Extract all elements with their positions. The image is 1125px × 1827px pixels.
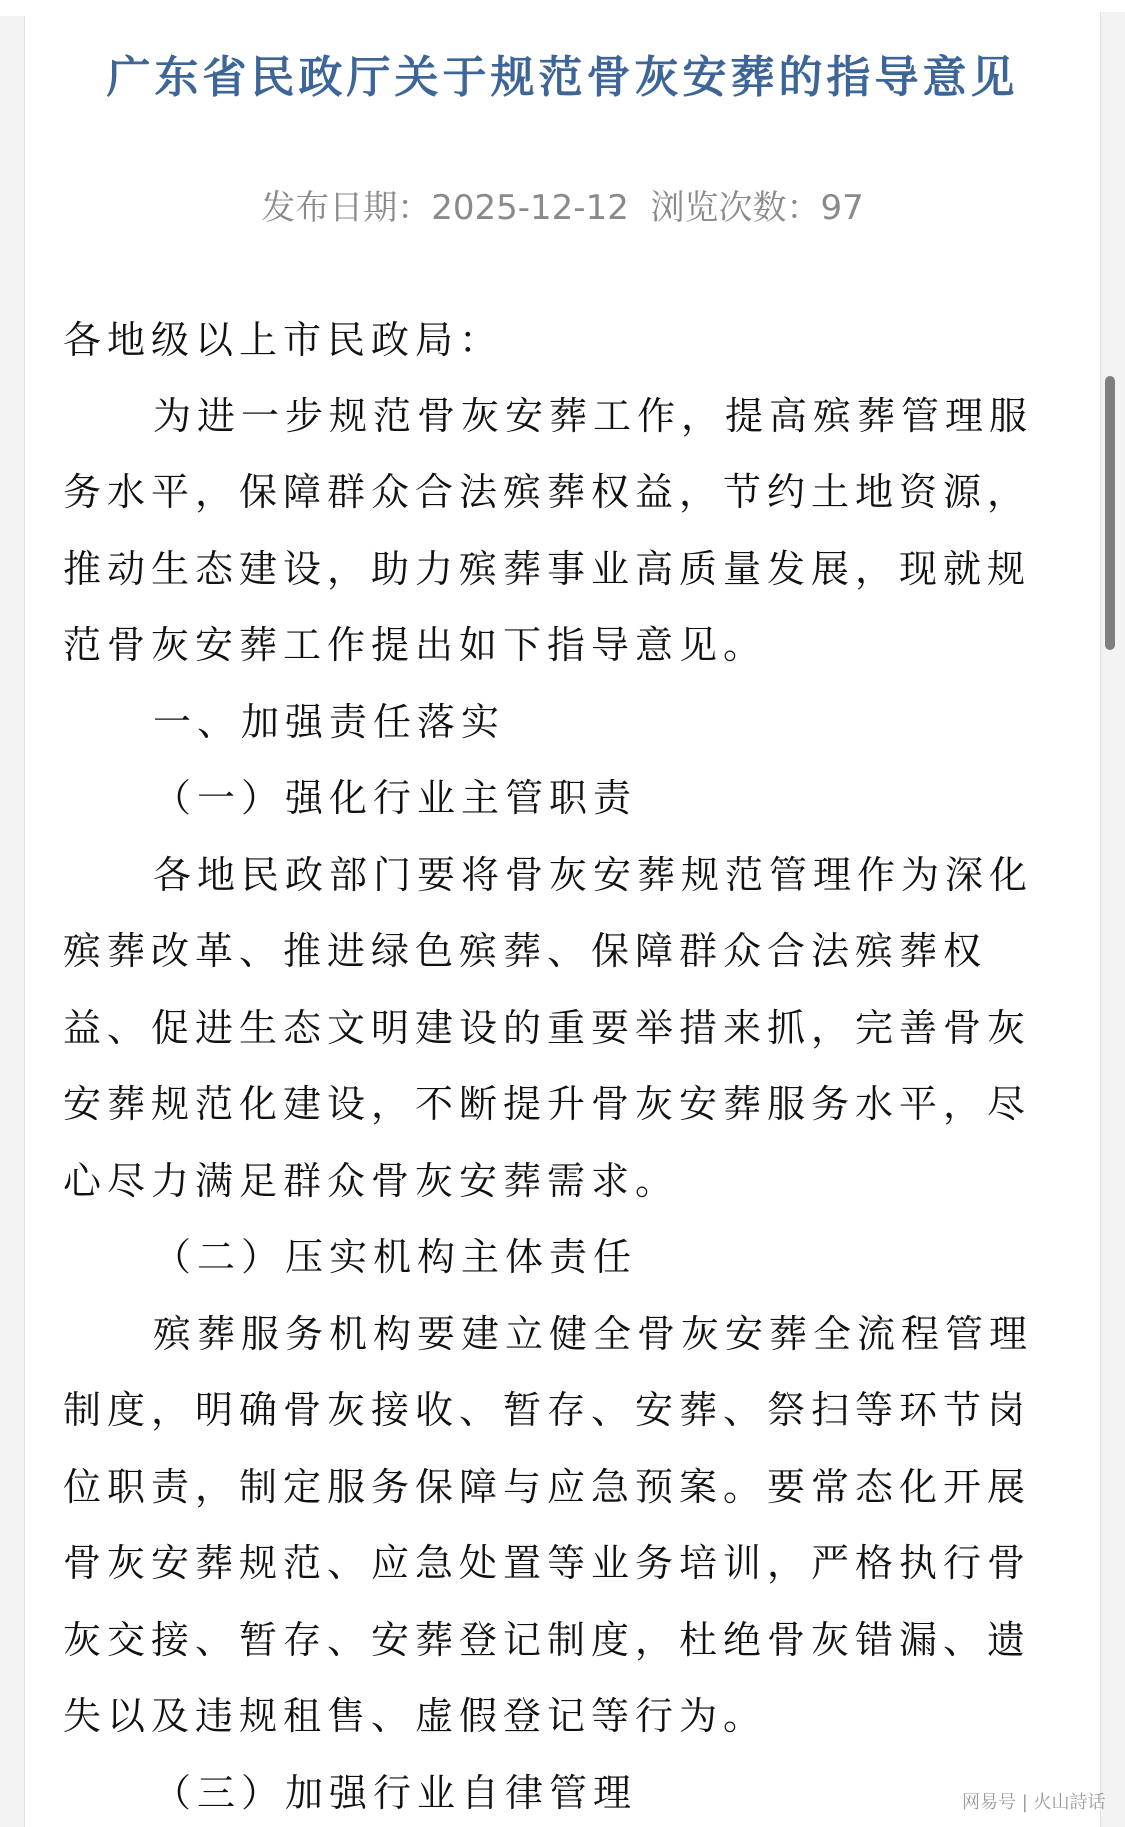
paragraph-line: 灰交接、暂存、安葬登记制度，杜绝骨灰错漏、遗: [63, 1610, 1031, 1670]
paragraph-line: 心尽力满足群众骨灰安葬需求。: [63, 1151, 679, 1211]
scrollbar-track[interactable]: [1100, 12, 1125, 1827]
paragraph-line: 骨灰安葬规范、应急处置等业务培训，严格执行骨: [63, 1533, 1031, 1593]
scrollbar-thumb[interactable]: [1105, 376, 1115, 650]
publish-date-label: 发布日期：: [261, 188, 431, 228]
paragraph-line: 殡葬服务机构要建立健全骨灰安葬全流程管理: [153, 1304, 1033, 1364]
publish-date-value: 2025-12-12: [431, 188, 629, 228]
section-heading: 一、加强责任落实: [153, 692, 505, 752]
page-title: 广东省民政厅关于规范骨灰安葬的指导意见: [25, 48, 1100, 108]
source-watermark: 网易号 | 火山詩话: [962, 1791, 1106, 1815]
view-count-value: 97: [820, 188, 863, 228]
paragraph-line: 殡葬改革、推进绿色殡葬、保障群众合法殡葬权: [63, 921, 987, 981]
paragraph-line: 制度，明确骨灰接收、暂存、安葬、祭扫等环节岗: [63, 1380, 1031, 1440]
article-page: 广东省民政厅关于规范骨灰安葬的指导意见 发布日期：2025-12-12 浏览次数…: [25, 0, 1100, 1827]
subsection-heading: （三）加强行业自律管理: [153, 1763, 637, 1823]
paragraph-line: 安葬规范化建设，不断提升骨灰安葬服务水平，尽: [63, 1074, 1031, 1134]
paragraph-line: 推动生态建设，助力殡葬事业高质量发展，现就规: [63, 539, 1031, 599]
addressee-line: 各地级以上市民政局：: [63, 310, 503, 370]
paragraph-line: 失以及违规租售、虚假登记等行为。: [63, 1686, 767, 1746]
paragraph-line: 益、促进生态文明建设的重要举措来抓，完善骨灰: [63, 998, 1031, 1058]
subsection-heading: （二）压实机构主体责任: [153, 1227, 637, 1287]
article-meta: 发布日期：2025-12-12 浏览次数：97: [25, 186, 1100, 230]
paragraph-line: 范骨灰安葬工作提出如下指导意见。: [63, 615, 767, 675]
paragraph-line: 为进一步规范骨灰安葬工作，提高殡葬管理服: [153, 386, 1033, 446]
paragraph-line: 位职责，制定服务保障与应急预案。要常态化开展: [63, 1457, 1031, 1517]
meta-spacer: [629, 188, 651, 228]
paragraph-line: 务水平，保障群众合法殡葬权益，节约土地资源，: [63, 462, 1031, 522]
left-page-margin: [0, 16, 25, 1827]
paragraph-line: 各地民政部门要将骨灰安葬规范管理作为深化: [153, 845, 1033, 905]
view-count-label: 浏览次数：: [650, 188, 820, 228]
subsection-heading: （一）强化行业主管职责: [153, 768, 637, 828]
